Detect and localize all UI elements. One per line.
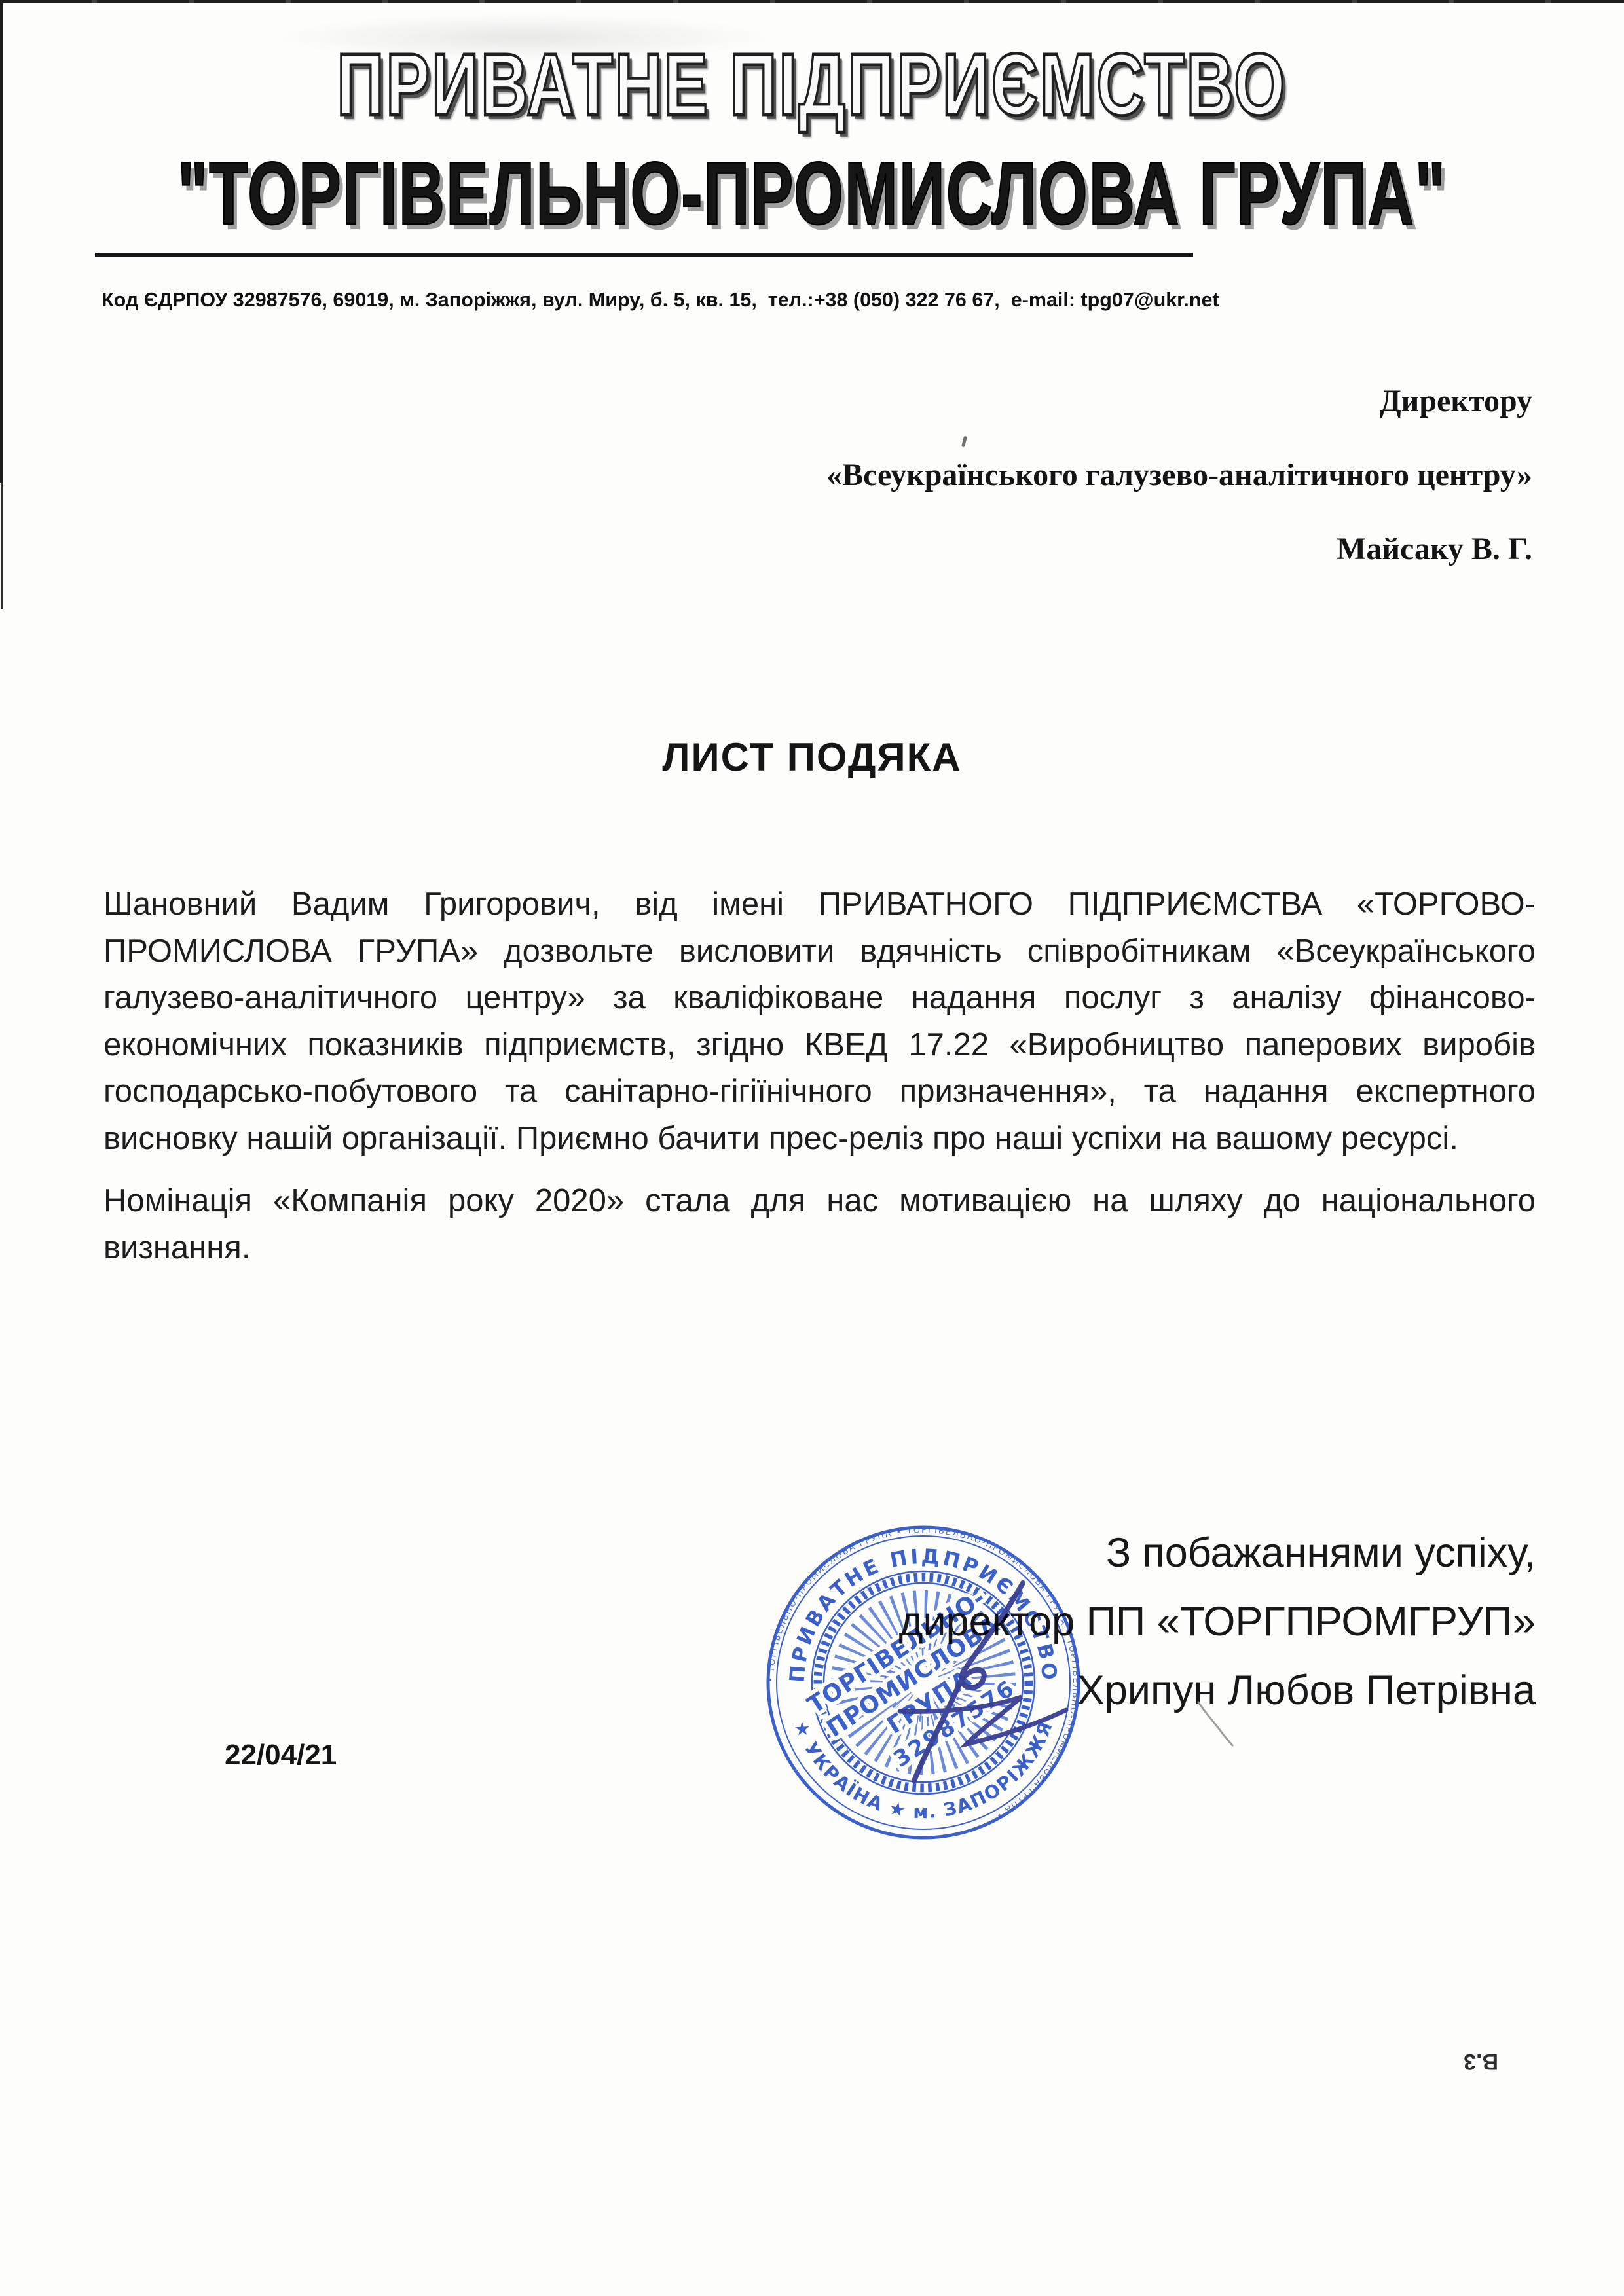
recipient-block: Директору «Всеукраїнського галузево-анал… [826,364,1532,586]
body-paragraph-2: Номінація «Компанія року 2020» стала для… [103,1178,1536,1271]
company-stamp: • ТОРГІВЕЛЬНО-ПРОМИСЛОВА ГРУПА • ТОРГІВЕ… [760,1519,1087,1846]
letterhead-company-name-text: "ТОРГІВЕЛЬНО-ПРОМИСЛОВА ГРУПА" [177,143,1447,245]
letterhead-divider-line [95,253,1193,257]
letter-date: 22/04/21 [225,1739,337,1772]
letterhead-company-name: "ТОРГІВЕЛЬНО-ПРОМИСЛОВА ГРУПА" [0,143,1624,229]
letterhead-company-type: ПРИВАТНЕ ПІДПРИЄМСТВО [0,34,1624,124]
recipient-name: Майсаку В. Г. [826,512,1532,586]
page-marker: В.3 [1446,2044,1498,2074]
letter-body: Шановний Вадим Григорович, від імені ПРИ… [103,881,1536,1271]
recipient-role: Директору [826,364,1532,438]
pen-scratch-artifact [1192,1700,1244,1752]
letterhead-company-type-text: ПРИВАТНЕ ПІДПРИЄМСТВО [337,34,1287,136]
recipient-organization: «Всеукраїнського галузево-аналітичного ц… [826,438,1532,512]
scan-artifact-top-edge [0,0,1624,3]
letterhead-contact-line: Код ЄДРПОУ 32987576, 69019, м. Запоріжжя… [101,289,1219,312]
body-paragraph-1: Шановний Вадим Григорович, від імені ПРИ… [103,881,1536,1162]
letter-page: ПРИВАТНЕ ПІДПРИЄМСТВО "ТОРГІВЕЛЬНО-ПРОМИ… [0,0,1624,2296]
letter-title: ЛИСТ ПОДЯКА [0,735,1624,780]
scan-artifact-left-edge-tail [1,483,3,609]
